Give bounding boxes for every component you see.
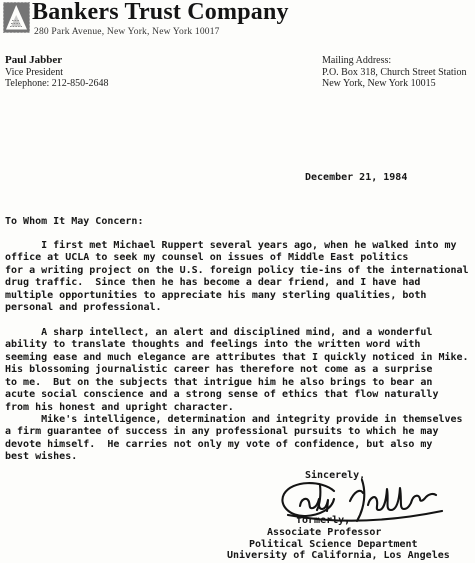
sender-name: Paul Jabber	[5, 55, 108, 67]
scanned-letter-page: Bankers Trust Company 280 Park Avenue, N…	[0, 0, 475, 563]
mailing-address-label: Mailing Address:	[322, 55, 466, 67]
signoff-formerly: formerly,	[296, 515, 350, 527]
company-address: 280 Park Avenue, New York, New York 1001…	[34, 27, 220, 37]
sender-contact-block: Paul Jabber Vice President Telephone: 21…	[5, 55, 108, 90]
body-paragraph-3: Mike's intelligence, determination and i…	[5, 414, 463, 464]
letter-date: December 21, 1984	[305, 172, 407, 184]
sender-title: Vice President	[5, 67, 108, 79]
signoff-university: University of California, Los Angeles	[227, 550, 450, 562]
sender-phone: Telephone: 212-850-2648	[5, 78, 108, 90]
bankers-trust-pyramid-logo	[3, 2, 30, 33]
mailing-address-line2: New York, New York 10015	[322, 78, 466, 90]
company-name: Bankers Trust Company	[32, 0, 289, 26]
body-paragraph-1: I first met Michael Ruppert several year…	[5, 240, 469, 315]
mailing-address-line1: P.O. Box 318, Church Street Station	[322, 67, 466, 79]
salutation: To Whom It May Concern:	[5, 216, 143, 228]
mailing-address-block: Mailing Address: P.O. Box 318, Church St…	[322, 55, 466, 90]
body-paragraph-2: A sharp intellect, an alert and discipli…	[5, 327, 469, 414]
